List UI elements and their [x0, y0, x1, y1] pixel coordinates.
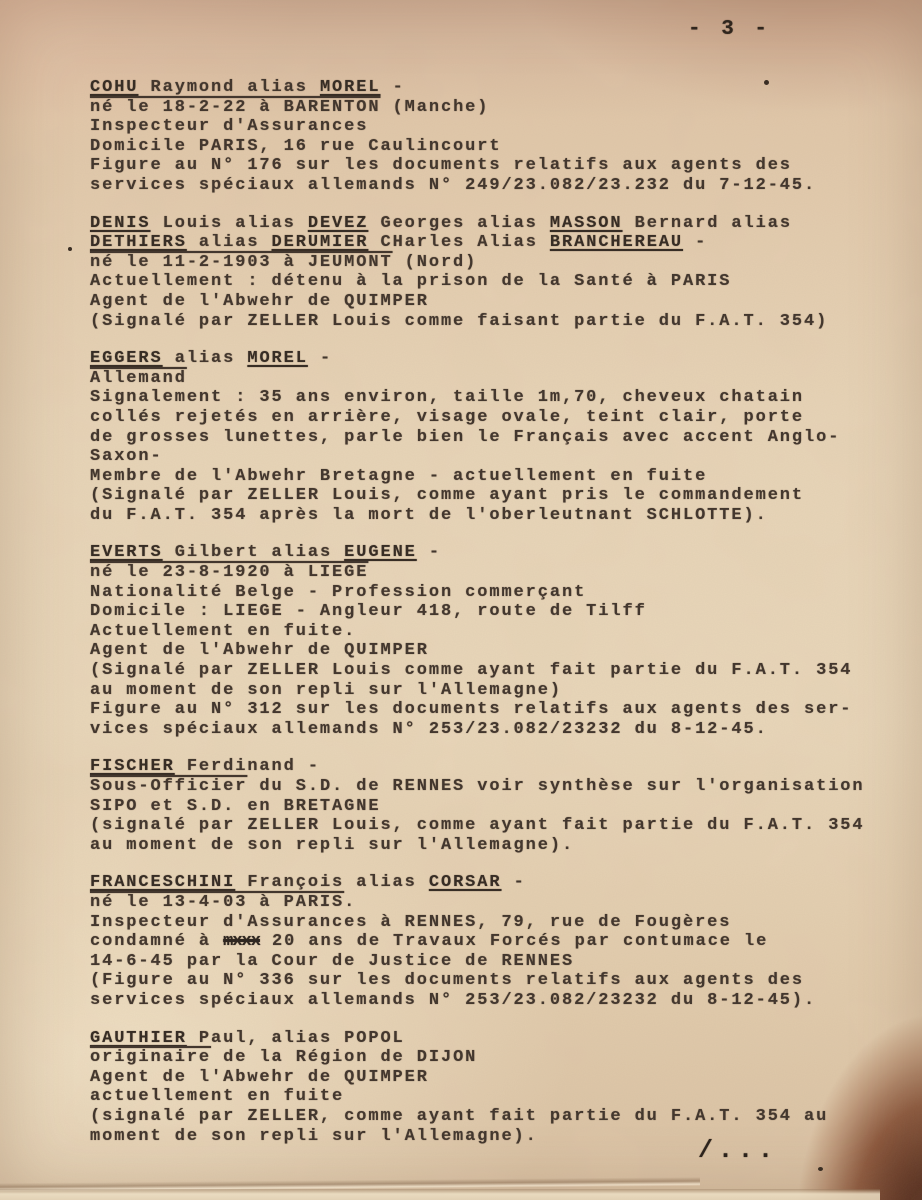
text-line: Agent de l'Abwehr de QUIMPER [90, 292, 890, 312]
text-segment: du F.A.T. 354 après la mort de l'oberleu… [90, 506, 768, 525]
text-line: Inspecteur d'Assurances à RENNES, 79, ru… [90, 913, 890, 933]
text-line: DETHIERS alias DERUMIER CHarles Alias BR… [90, 233, 890, 253]
text-segment: Raymond alias [138, 78, 320, 97]
text-line: condamné à mxxx 20 ans de Travaux Forcés… [90, 932, 890, 952]
text-segment: - [380, 78, 404, 97]
text-segment: (Nord) [393, 253, 478, 272]
text-segment: (Signalé par ZELLER Louis comme faisant … [90, 312, 828, 331]
text-line: SIPO et S.D. en BRETAGNE [90, 797, 890, 817]
record-cohu: COHU Raymond alias MOREL -né le 18-2-22 … [90, 78, 890, 196]
text-line: Saxon- [90, 447, 890, 467]
underlined-name: BRANCHEREAU [550, 233, 683, 252]
text-segment: (Signalé par ZELLER Louis, comme ayant p… [90, 486, 804, 505]
text-line: EVERTS Gilbert alias EUGENE - [90, 543, 890, 563]
page-number: - 3 - [688, 18, 771, 41]
text-line: né le 23-8-1920 à LIEGE [90, 563, 890, 583]
text-segment: - [683, 233, 707, 252]
text-segment: moment de son repli sur l'Allemagne). [90, 1127, 538, 1146]
ink-speck [818, 1167, 823, 1171]
document-page: - 3 - COHU Raymond alias MOREL -né le 18… [0, 0, 922, 1200]
text-line: Domicile PARIS, 16 rue Caulincourt [90, 137, 890, 157]
record-everts: EVERTS Gilbert alias EUGENE -né le 23-8-… [90, 543, 890, 739]
text-line: Nationalité Belge - Profession commerçan… [90, 583, 890, 603]
text-segment: du S.D. de RENNES voir synthèse sur l'or… [247, 777, 864, 796]
text-segment: Allemand [90, 369, 187, 388]
record-franceschini: FRANCESCHINI François alias CORSAR -né l… [90, 873, 890, 1010]
text-line: né le 11-2-1903 à JEUMONT (Nord) [90, 253, 890, 273]
text-segment: services spéciaux allemands N° 253/23.08… [90, 991, 816, 1010]
text-segment: Domicile : LIEGE - Angleur 418, route de… [90, 602, 647, 621]
text-line: Allemand [90, 369, 890, 389]
text-segment: Georges alias [368, 214, 550, 233]
text-line: (signalé par ZELLER Louis, comme ayant f… [90, 816, 890, 836]
text-line: (Signalé par ZELLER Louis comme ayant fa… [90, 661, 890, 681]
text-line: Actuellement : détenu à la prison de la … [90, 272, 890, 292]
text-segment: Nationalité Belge - Profession commerçan… [90, 583, 586, 602]
text-line: services spéciaux allemands N° 253/23.08… [90, 991, 890, 1011]
text-line: Figure au N° 312 sur les documents relat… [90, 700, 890, 720]
text-segment: Inspecteur d'Assurances à RENNES, 79, ru… [90, 913, 731, 932]
text-segment: 20 ans de Travaux Forcés par contumace l… [260, 932, 768, 951]
text-line: Signalement : 35 ans environ, taille 1m,… [90, 388, 890, 408]
continuation-mark: /... [698, 1136, 778, 1165]
text-segment: au moment de son repli sur l'Allemagne) [90, 681, 562, 700]
text-segment: né le 11-2-1903 à JEUMONT [90, 253, 393, 272]
underlined-name: DERUMIER [272, 233, 369, 252]
text-line: actuellement en fuite [90, 1087, 890, 1107]
text-segment: de la Région de DIJON [211, 1048, 477, 1067]
text-line: FRANCESCHINI François alias CORSAR - [90, 873, 890, 893]
underlined-name: EVERTS [90, 543, 163, 562]
text-line: originaire de la Région de DIJON [90, 1048, 890, 1068]
text-line: collés rejetés en arrière, visage ovale,… [90, 408, 890, 428]
text-line: du F.A.T. 354 après la mort de l'oberleu… [90, 506, 890, 526]
text-segment: Louis alias [151, 214, 308, 233]
underlined-name: MOREL [247, 349, 308, 368]
text-segment: - [502, 873, 526, 892]
text-line: FISCHER Ferdinand - [90, 757, 890, 777]
text-segment: né le 23-8-1920 à LIEGE [90, 563, 368, 582]
text-line: 14-6-45 par la Cour de Justice de RENNES [90, 952, 890, 972]
text-line: né le 13-4-03 à PARIS. [90, 893, 890, 913]
record-eggers: EGGERS alias MOREL -AllemandSignalement … [90, 349, 890, 525]
text-segment: (Signalé par ZELLER Louis comme ayant fa… [90, 661, 852, 680]
text-segment: (Figure au N° 336 sur les documents rela… [90, 971, 804, 990]
text-line: Membre de l'Abwehr Bretagne - actuelleme… [90, 467, 890, 487]
text-segment: condamné à [90, 932, 223, 951]
underlined-name: DENIS [90, 214, 151, 233]
text-segment: (signalé par ZELLER Louis, comme ayant f… [90, 816, 865, 835]
record-fischer: FISCHER Ferdinand -Sous-Officier du S.D.… [90, 757, 890, 855]
text-line: Actuellement en fuite. [90, 622, 890, 642]
underlined-name: MOREL [320, 78, 381, 97]
document-body: COHU Raymond alias MOREL -né le 18-2-22 … [90, 78, 890, 1164]
text-segment: Paul, alias POPOL [187, 1029, 405, 1048]
text-line: Domicile : LIEGE - Angleur 418, route de… [90, 602, 890, 622]
text-segment: né le 13-4-03 à PARIS [90, 893, 344, 912]
text-line: COHU Raymond alias MOREL - [90, 78, 890, 98]
text-segment: de grosses lunettes, parle bien le Franç… [90, 428, 840, 447]
text-segment: François alias [235, 873, 429, 892]
text-segment: Figure au N° 176 sur les documents relat… [90, 156, 792, 175]
paper-crease [0, 1177, 700, 1192]
record-denis: DENIS Louis alias DEVEZ Georges alias MA… [90, 214, 890, 332]
underlined-name: EGGERS [90, 349, 163, 368]
text-line: Agent de l'Abwehr de QUIMPER [90, 641, 890, 661]
text-segment: mxxx [223, 932, 260, 951]
text-segment: Agent de l'Abwehr de QUIMPER [90, 1068, 429, 1087]
paper-fold-edge [0, 1189, 880, 1200]
text-line: GAUTHIER Paul, alias POPOL [90, 1029, 890, 1049]
text-line: Agent de l'Abwehr de QUIMPER [90, 1068, 890, 1088]
text-line: (Figure au N° 336 sur les documents rela… [90, 971, 890, 991]
text-segment: Agent de l'Abwehr de QUIMPER [90, 292, 429, 311]
underlined-name: FRANCESCHINI [90, 873, 235, 892]
text-segment: actuellement en fuite [90, 1087, 344, 1106]
text-line: (Signalé par ZELLER Louis comme faisant … [90, 312, 890, 332]
text-segment: - [308, 349, 332, 368]
underlined-name: EUGENE [344, 543, 417, 562]
text-line: services spéciaux allemands N° 249/23.08… [90, 176, 890, 196]
record-gauthier: GAUTHIER Paul, alias POPOLoriginaire de … [90, 1029, 890, 1147]
text-line: DENIS Louis alias DEVEZ Georges alias MA… [90, 214, 890, 234]
underlined-name: FISCHER [90, 757, 175, 776]
text-segment: Actuellement : détenu à la prison de la … [90, 272, 731, 291]
text-segment: Actuellement en fuite. [90, 622, 356, 641]
text-segment: Membre de l'Abwehr Bretagne - actuelleme… [90, 467, 707, 486]
text-line: Sous-Officier du S.D. de RENNES voir syn… [90, 777, 890, 797]
text-segment: alias [163, 349, 248, 368]
text-segment: (Manche) [380, 98, 489, 117]
underlined-name: MASSON [550, 214, 623, 233]
text-segment: (signalé par ZELLER, comme ayant fait pa… [90, 1107, 828, 1126]
underlined-name: COHU [90, 78, 138, 97]
text-segment: - [417, 543, 441, 562]
text-segment: Gilbert alias [163, 543, 345, 562]
text-segment: vices spéciaux allemands N° 253/23.082/2… [90, 720, 768, 739]
text-segment: CHarles Alias [368, 233, 550, 252]
text-segment: Saxon- [90, 447, 163, 466]
ink-speck [68, 247, 72, 251]
text-segment: collés rejetés en arrière, visage ovale,… [90, 408, 804, 427]
text-segment: SIPO et S.D. en BRETAGNE [90, 797, 380, 816]
text-line: (Signalé par ZELLER Louis, comme ayant p… [90, 486, 890, 506]
text-line: (signalé par ZELLER, comme ayant fait pa… [90, 1107, 890, 1127]
text-line: Inspecteur d'Assurances [90, 117, 890, 137]
text-segment: Domicile PARIS, 16 rue Caulincourt [90, 137, 501, 156]
text-segment: 14-6-45 par la Cour de Justice de RENNES [90, 952, 574, 971]
ink-speck [764, 80, 769, 85]
text-line: de grosses lunettes, parle bien le Franç… [90, 428, 890, 448]
text-segment: Signalement : 35 ans environ, taille 1m,… [90, 388, 804, 407]
text-segment: services spéciaux allemands N° 249/23.08… [90, 176, 816, 195]
text-line: Figure au N° 176 sur les documents relat… [90, 156, 890, 176]
underlined-name: GAUTHIER [90, 1029, 187, 1048]
text-segment: Agent de l'Abwehr de QUIMPER [90, 641, 429, 660]
underlined-name: CORSAR [429, 873, 502, 892]
underlined-name: DETHIERS [90, 233, 187, 252]
text-segment: Sous-Officier [90, 777, 247, 796]
text-line: vices spéciaux allemands N° 253/23.082/2… [90, 720, 890, 740]
text-segment: au moment de son repli sur l'Allemagne). [90, 836, 574, 855]
text-segment: Figure au N° 312 sur les documents relat… [90, 700, 852, 719]
text-line: EGGERS alias MOREL - [90, 349, 890, 369]
text-segment: originaire [90, 1048, 211, 1067]
text-segment: Bernard alias [623, 214, 792, 233]
text-segment: alias [187, 233, 272, 252]
text-line: né le 18-2-22 à BARENTON (Manche) [90, 98, 890, 118]
underlined-name: DEVEZ [308, 214, 369, 233]
text-line: au moment de son repli sur l'Allemagne) [90, 681, 890, 701]
text-segment: né le 18-2-22 à BARENTON [90, 98, 380, 117]
text-segment: . [344, 893, 356, 912]
text-line: au moment de son repli sur l'Allemagne). [90, 836, 890, 856]
text-segment: Inspecteur d'Assurances [90, 117, 368, 136]
text-segment: Ferdinand - [175, 757, 320, 776]
